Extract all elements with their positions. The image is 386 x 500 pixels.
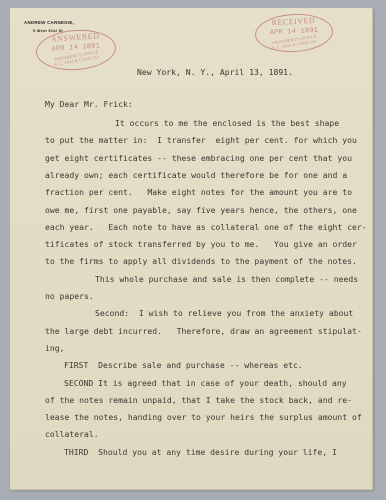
letter-line: to the firms to apply all dividends to t… bbox=[45, 257, 357, 265]
letter-line: Second: I wish to relieve you from the a… bbox=[95, 309, 353, 317]
letterhead-name: ANDREW CARNEGIE, bbox=[24, 20, 74, 25]
letter-line: of the notes remain unpaid, that I take … bbox=[45, 396, 352, 404]
letter-line: FIRST Describe sale and purchase -- wher… bbox=[64, 361, 303, 369]
letter-line: It occurs to me the enclosed is the best… bbox=[115, 119, 339, 127]
letter-line: the large debt incurred. Therefore, draw… bbox=[45, 327, 362, 335]
letter-line: fraction per cent. Make eight notes for … bbox=[45, 188, 352, 196]
letter-line: get eight certificates -- these embracin… bbox=[45, 154, 352, 162]
letter-line: already own; each certificate would ther… bbox=[45, 171, 347, 179]
letter-line: THIRD Should you at any time desire duri… bbox=[64, 448, 337, 456]
letter-line: tificates of stock transferred by you to… bbox=[45, 240, 357, 248]
letter-line: owe me, first one payable, say five year… bbox=[45, 206, 357, 214]
letter-line: lease the notes, handing over to your he… bbox=[45, 413, 362, 421]
dateline: New York, N. Y., April 13, 1891. bbox=[137, 68, 293, 76]
letter-line: SECOND It is agreed that in case of your… bbox=[64, 379, 347, 387]
letter-line: no papers. bbox=[45, 292, 94, 300]
letter-line: This whole purchase and sale is then com… bbox=[95, 275, 358, 283]
letter-line: each year. Each note to have as collater… bbox=[45, 223, 367, 231]
letter-line: to put the matter in: I transfer eight p… bbox=[45, 136, 357, 144]
letter-line: collateral. bbox=[45, 430, 99, 438]
letter-line: ing, bbox=[45, 344, 65, 352]
salutation: My Dear Mr. Frick: bbox=[45, 100, 133, 108]
